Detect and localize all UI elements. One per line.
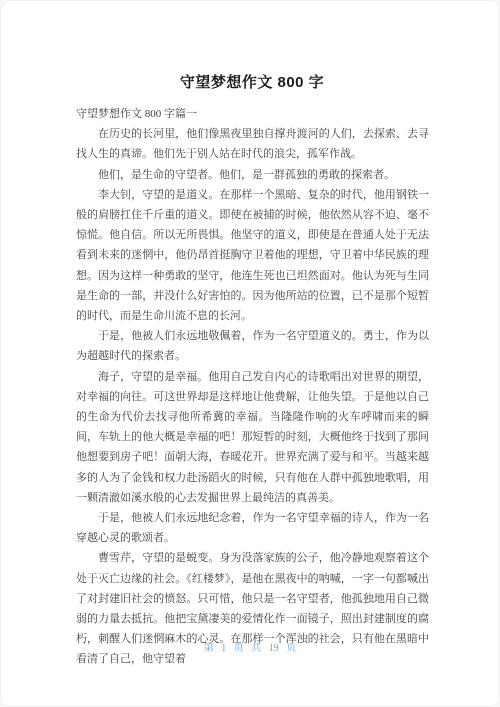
paragraph: 守望梦想作文 800 字篇一: [76, 104, 429, 124]
paragraph: 李大钊，守望的是道义。在那样一个黑暗、复杂的时代，他用钢铁一般的肩膀扛住千斤重的…: [76, 185, 429, 326]
paragraph: 在历史的长河里，他们像黑夜里独自撑舟渡河的人们，去探索、去寻找人生的真谛。他们先…: [76, 124, 429, 164]
paragraph: 于是，他被人们永远地纪念着，作为一名守望幸福的诗人，作为一名穿越心灵的歌颂者。: [76, 508, 429, 548]
page-indicator: 第 1 页 共 19 页: [1, 642, 499, 656]
paragraph: 海子，守望的是幸福。他用自己发自内心的诗歌唱出对世界的期望，对幸福的向往。可这世…: [76, 367, 429, 508]
document-title: 守望梦想作文 800 字: [76, 73, 428, 93]
paragraph: 他们，是生命的守望者。他们，是一群孤独的勇敢的探索者。: [76, 165, 429, 185]
paragraph: 于是，他被人们永远地敬佩着，作为一名守望道义的。勇士，作为以为超越时代的探索者。: [76, 326, 429, 366]
document-body: 守望梦想作文 800 字篇一在历史的长河里，他们像黑夜里独自撑舟渡河的人们，去探…: [76, 104, 429, 670]
page-indicator-text: 第 1 页 共 19 页: [204, 643, 297, 654]
document-page: 守望梦想作文 800 字 守望梦想作文 800 字篇一在历史的长河里，他们像黑夜…: [0, 0, 500, 707]
